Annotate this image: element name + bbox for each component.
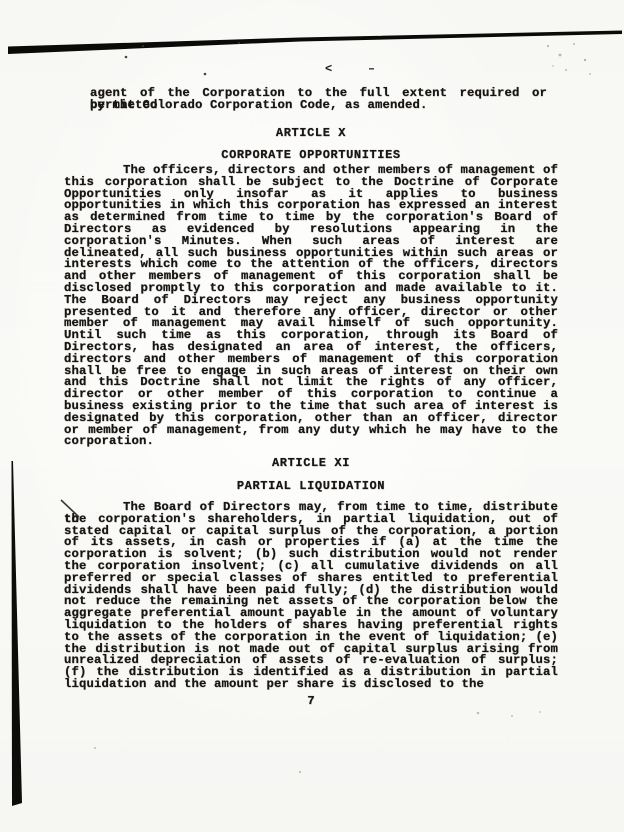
article-xi-title: PARTIAL LIQUIDATION	[64, 479, 558, 493]
article-x-paragraph: The officers, directors and other member…	[64, 165, 558, 448]
text-line: liquidation and the amount per share is …	[64, 679, 558, 691]
article-x-heading: ARTICLE X	[64, 126, 558, 140]
article-x-title: CORPORATE OPPORTUNITIES	[64, 148, 558, 162]
text-line: corporation.	[64, 436, 558, 448]
typewritten-text-layer: agent of the Corporation to the full ext…	[0, 0, 624, 832]
scanned-document-page: agent of the Corporation to the full ext…	[0, 0, 624, 832]
article-xi-paragraph: The Board of Directors may, from time to…	[64, 502, 558, 691]
text-line: by the Colorado Corporation Code, as ame…	[90, 100, 547, 112]
page-number: 7	[64, 694, 558, 708]
continuation-paragraph: agent of the Corporation to the full ext…	[90, 88, 547, 112]
article-xi-heading: ARTICLE XI	[64, 456, 558, 470]
